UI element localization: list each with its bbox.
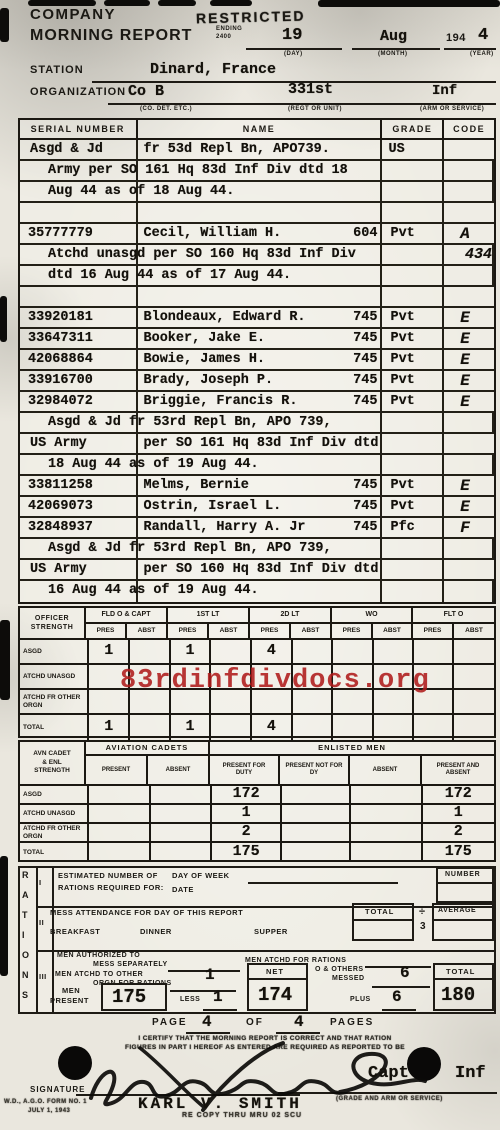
officer-subheader: ABST: [454, 624, 494, 638]
roster-cell-serial: 35777779: [20, 224, 138, 243]
company-label: COMPANY: [30, 6, 116, 23]
officer-stat-value: [333, 640, 374, 663]
roster-cell-code: [444, 266, 494, 285]
note-text-span: Aug 44 as of 18 Aug 44.: [48, 182, 234, 202]
month-value: Aug: [380, 28, 407, 45]
enlisted-stat-value: [151, 824, 212, 841]
enlisted-stat-value: [89, 786, 150, 803]
officer-stat-value: 1: [89, 640, 130, 663]
enlisted-stat-value: [282, 786, 351, 803]
officer-stat-value: [454, 715, 494, 740]
day-sub-label: (DAY): [284, 51, 303, 57]
year-sub-label: (YEAR): [470, 51, 494, 57]
roster-cell-code: [444, 560, 494, 579]
mess-separately-label: MESS SEPARATELY: [93, 961, 168, 968]
roster-row: 33647311Booker, Jake E.745PvtE: [20, 329, 494, 350]
code-value: E: [460, 329, 470, 349]
officer-group-header: 2D LT: [250, 608, 332, 622]
grade-value: Pvt: [390, 329, 414, 349]
plus-underline: [382, 1009, 416, 1011]
roster-cell-name: per SO 160 Hq 83d Inf Div dtd: [138, 560, 383, 579]
officer-stat-value: [454, 640, 494, 663]
form-id-line2: JULY 1, 1943: [28, 1108, 70, 1114]
men-present-label2: PRESENT: [50, 996, 89, 1005]
officer-group-header: FLD O & CAPT: [86, 608, 168, 622]
officer-data-row: TOTAL114: [20, 715, 494, 740]
officer-subheader: ABST: [127, 624, 168, 638]
roster-cell-code: A: [444, 224, 494, 243]
year-prefix: 194: [446, 32, 466, 44]
roster-col-header: CODE: [444, 120, 494, 138]
enlisted-stat-value: 2: [423, 824, 494, 841]
breakfast-label: BREAKFAST: [50, 927, 100, 936]
roster-col-header: NAME: [138, 120, 383, 138]
officer-stat-value: [454, 665, 494, 688]
code-value: E: [460, 308, 470, 328]
roster-cell-code: E: [444, 371, 494, 390]
roster-cell-name: Melms, Bernie745: [138, 476, 383, 495]
enlisted-group-header: AVIATION CADETS: [86, 742, 210, 754]
less-underline: [203, 1009, 237, 1011]
scan-artifact: [318, 0, 500, 7]
others-messed-label2: MESSED: [332, 975, 365, 982]
roster-cell-grade: Pvt: [382, 308, 444, 327]
enlisted-stat-value: [151, 843, 212, 862]
enlisted-stat-value: [351, 805, 422, 822]
officer-row-label: TOTAL: [20, 715, 89, 740]
rations-total-label: TOTAL: [446, 967, 475, 976]
roster-header-row: SERIAL NUMBERNAMEGRADECODE: [20, 120, 494, 140]
roster-cell-code: [444, 161, 494, 180]
men-present-value: 175: [112, 986, 146, 1008]
roster-row: 33920181Blondeaux, Edward R.745PvtE: [20, 308, 494, 329]
scan-artifact: [0, 8, 9, 42]
officer-stat-value: [211, 640, 252, 663]
enlisted-subheader: PRESENT AND ABSENT: [422, 756, 494, 784]
officer-stat-value: 1: [171, 640, 212, 663]
roster-note-row: 18 Aug 44 as of 19 Aug 44.: [20, 455, 494, 476]
less-label: LESS: [180, 996, 200, 1003]
rations-side-letter: T: [22, 910, 28, 920]
officer-stat-value: [454, 690, 494, 713]
officer-stat-value: [293, 640, 334, 663]
rations-divider: [36, 866, 38, 1014]
officer-subheader: PRES: [332, 624, 373, 638]
serial-number: 42068864: [28, 350, 93, 370]
enlisted-row-label: TOTAL: [20, 843, 89, 862]
mess-attendance-label: MESS ATTENDANCE FOR DAY OF THIS REPORT: [50, 908, 243, 917]
soldier-name: Bowie, James H.: [144, 350, 266, 370]
note-text-col1: Asgd & Jd: [30, 140, 103, 160]
enlisted-data-row: ASGD172172: [20, 786, 494, 805]
roster-cell-name: [138, 287, 383, 306]
roster-cell-serial: 33811258: [20, 476, 138, 495]
code-value: E: [460, 497, 470, 517]
enlisted-stat-value: 175: [423, 843, 494, 862]
officer-group-header: FLT O: [413, 608, 494, 622]
rations-total-value: 180: [441, 984, 475, 1006]
roster-cell-grade: Pvt: [382, 224, 444, 243]
enlisted-row-label: ATCHD FR OTHER ORGN: [20, 824, 89, 841]
soldier-name: Blondeaux, Edward R.: [144, 308, 306, 328]
org-arm-sub-label: (ARM OR SERVICE): [420, 106, 484, 112]
arm-value: Inf: [455, 1064, 486, 1083]
roster-cell-grade: [382, 413, 444, 432]
note-text-col1: US Army: [30, 434, 87, 454]
officer-title-line: STRENGTH: [31, 623, 74, 632]
scan-artifact: [0, 856, 8, 976]
enlisted-stat-value: [351, 843, 422, 862]
roster-note-row: Asgd & Jd fr 53rd Repl Bn, APO 739,: [20, 413, 494, 434]
month-underline: [352, 48, 440, 50]
average-label: AVERAGE: [438, 907, 476, 914]
roster-note-row: 16 Aug 44 as of 19 Aug 44.: [20, 581, 494, 602]
roster-cell-code: E: [444, 329, 494, 348]
pages-value: 4: [294, 1013, 304, 1031]
enlisted-data-row: ATCHD UNASGD11: [20, 805, 494, 824]
code-annotation: 434: [465, 245, 492, 265]
rations-side-letter: S: [22, 990, 29, 1000]
enlisted-strength-table: AVN CADET& ENLSTRENGTHAVIATION CADETSENL…: [18, 740, 496, 862]
morning-report-document: COMPANY RESTRICTED MORNING REPORT ENDING…: [0, 0, 500, 1130]
mos-number: 745: [353, 497, 377, 517]
rations-section-number: II: [39, 918, 44, 927]
grade-value: Pvt: [390, 224, 414, 244]
men-present-label: MEN: [62, 986, 80, 995]
enlisted-header: AVN CADET& ENLSTRENGTHAVIATION CADETSENL…: [20, 742, 494, 786]
serial-number: 32984072: [28, 392, 93, 412]
roster-cell-grade: US: [382, 140, 444, 159]
roster-cell-code: [444, 539, 494, 558]
mess-total-line: [354, 919, 412, 921]
officer-subheader: PRES: [413, 624, 454, 638]
officer-stat-value: [130, 715, 171, 740]
atchd-other-orgn-label: MEN ATCHD TO OTHER: [55, 971, 143, 978]
roster-row: 32848937Randall, Harry A. Jr745PfcF: [20, 518, 494, 539]
roster-cell-serial: 32848937: [20, 518, 138, 537]
page-value: 4: [202, 1013, 212, 1031]
roster-cell-serial: 32984072: [20, 392, 138, 411]
code-value: F: [460, 518, 470, 538]
page-underline: [186, 1032, 230, 1034]
day-value: 19: [282, 26, 302, 45]
roster-cell-code: E: [444, 392, 494, 411]
pages-label: PAGES: [330, 1017, 374, 1028]
rations-side-letter: N: [22, 970, 29, 980]
roster-cell-code: [444, 182, 494, 201]
enlisted-header-groups: AVIATION CADETSENLISTED MENPRESENTABSENT…: [86, 742, 494, 784]
serial-number: 35777779: [28, 224, 93, 244]
roster-row: 42068864Bowie, James H.745PvtE: [20, 350, 494, 371]
serial-number: 42069073: [28, 497, 93, 517]
roster-cell-code: F: [444, 518, 494, 537]
estimated-rations-label: ESTIMATED NUMBER OF: [58, 871, 158, 880]
enlisted-subheader-row: PRESENTABSENTPRESENT FOR DUTYPRESENT NOT…: [86, 756, 494, 784]
org-regt-value: 331st: [288, 81, 333, 98]
roster-cell-code: [444, 581, 494, 602]
enlisted-subheader: PRESENT FOR DUTY: [210, 756, 280, 784]
mos-number: 745: [353, 308, 377, 328]
officer-subheader: ABST: [373, 624, 413, 638]
note-text-col2: per SO 161 Hq 83d Inf Div dtd: [144, 434, 379, 454]
roster-cell-code: [444, 434, 494, 453]
enlisted-stat-value: 1: [212, 805, 281, 822]
enlisted-title-cell: AVN CADET& ENLSTRENGTH: [20, 742, 86, 784]
roster-col-header: SERIAL NUMBER: [20, 120, 138, 138]
org-unit-sub-label: (CO. DET. ETC.): [140, 106, 192, 112]
enlisted-group-row: AVIATION CADETSENLISTED MEN: [86, 742, 494, 756]
restricted-stamp: RESTRICTED: [196, 8, 306, 27]
roster-col-header: GRADE: [382, 120, 444, 138]
roster-cell-serial: US Army: [20, 434, 138, 453]
roster-cell-grade: [382, 182, 444, 201]
enlisted-stat-value: [282, 824, 351, 841]
roster-cell-name: Brady, Joseph P.745: [138, 371, 383, 390]
roster-row: 33811258Melms, Bernie745PvtE: [20, 476, 494, 497]
roster-cell-serial: 33916700: [20, 371, 138, 390]
enlisted-stat-value: [89, 805, 150, 822]
roster-cell-grade: Pvt: [382, 392, 444, 411]
code-value: E: [460, 371, 470, 391]
men-authorized-label: MEN AUTHORIZED TO: [57, 952, 140, 959]
mos-number: 604: [353, 224, 377, 244]
officer-stat-value: [333, 715, 374, 740]
enlisted-subheader: PRESENT: [86, 756, 148, 784]
divisor: 3: [420, 921, 426, 932]
net-label: NET: [266, 967, 284, 976]
ending-label: ENDING: [216, 26, 242, 32]
officer-group-header: WO: [332, 608, 413, 622]
roster-cell-grade: Pvt: [382, 329, 444, 348]
others-messed-value: 6: [400, 964, 410, 982]
soldier-name: Brady, Joseph P.: [144, 371, 274, 391]
enlisted-subheader: PRESENT NOT FOR DY: [280, 756, 350, 784]
officer-subheader: ABST: [209, 624, 250, 638]
roster-cell-grade: [382, 287, 444, 306]
recopy-note: RE COPY THRU MRU 02 SCU: [182, 1112, 302, 1119]
enlisted-stat-value: [89, 843, 150, 862]
year-value: 4: [478, 26, 488, 45]
roster-cell-serial: 33920181: [20, 308, 138, 327]
roster-cell-grade: [382, 581, 444, 602]
rations-total-line: [435, 978, 492, 980]
roster-note-row: Asgd & Jdfr 53d Repl Bn, APO739.US: [20, 140, 494, 161]
page-label: PAGE: [152, 1017, 188, 1028]
note-text-span: 18 Aug 44 as of 19 Aug 44.: [48, 455, 259, 475]
enlisted-row-label: ATCHD UNASGD: [20, 805, 89, 822]
roster-cell-serial: Asgd & Jd: [20, 140, 138, 159]
roster-cell-code: E: [444, 350, 494, 369]
enlisted-subheader: ABSENT: [350, 756, 422, 784]
mos-number: 745: [353, 392, 377, 412]
enlisted-stat-value: [351, 824, 422, 841]
serial-number: 33647311: [28, 329, 93, 349]
soldier-name: Randall, Harry A. Jr: [144, 518, 306, 538]
roster-cell-grade: [382, 539, 444, 558]
roster-note-row: Atchd unasgd per SO 160 Hq 83d Inf Div43…: [20, 245, 494, 266]
roster-cell-name: Randall, Harry A. Jr745: [138, 518, 383, 537]
serial-number: 33916700: [28, 371, 93, 391]
roster-cell-serial: US Army: [20, 560, 138, 579]
roster-cell-grade: [382, 161, 444, 180]
officer-subheader-row: PRESABSTPRESABSTPRESABSTPRESABSTPRESABST: [86, 624, 494, 638]
rations-divider: [52, 866, 54, 1014]
enlisted-title-line: STRENGTH: [34, 767, 70, 775]
enlisted-stat-value: 175: [212, 843, 281, 862]
note-text-span: Army per SO 161 Hq 83d Inf Div dtd 18: [48, 161, 348, 181]
mess-separately-underline: [168, 970, 240, 972]
roster-cell-code: E: [444, 497, 494, 516]
officer-stat-value: 1: [89, 715, 130, 740]
note-text-span: Atchd unasgd per SO 160 Hq 83d Inf Div: [48, 245, 356, 265]
roster-cell-name: Ostrin, Israel L.745: [138, 497, 383, 516]
grade-value: Pvt: [390, 308, 414, 328]
enlisted-title-line: & ENL: [42, 759, 62, 767]
enlisted-stat-value: [151, 786, 212, 803]
roster-cell-code: [444, 413, 494, 432]
roster-cell-name: per SO 161 Hq 83d Inf Div dtd: [138, 434, 383, 453]
roster-row: 35777779Cecil, William H.604PvtA: [20, 224, 494, 245]
roster-cell-serial: 42068864: [20, 350, 138, 369]
roster-cell-name: Blondeaux, Edward R.745: [138, 308, 383, 327]
year-underline: [444, 48, 496, 50]
officer-header-groups: FLD O & CAPT1ST LT2D LTWOFLT OPRESABSTPR…: [86, 608, 494, 638]
signed-name: KARL V. SMITH: [138, 1095, 302, 1113]
roster-note-row: [20, 287, 494, 308]
officer-stat-value: 1: [171, 715, 212, 740]
note-text-span: dtd 16 Aug 44 as of 17 Aug 44.: [48, 266, 291, 286]
dinner-label: DINNER: [140, 927, 172, 936]
note-text-col1: US Army: [30, 560, 87, 580]
enlisted-stat-value: 1: [423, 805, 494, 822]
enlisted-stat-value: [282, 805, 351, 822]
rations-side-letter: I: [22, 930, 25, 940]
officer-data-row: ASGD114: [20, 640, 494, 665]
mos-number: 745: [353, 371, 377, 391]
grade-value: Pvt: [390, 371, 414, 391]
roster-cell-serial: 33647311: [20, 329, 138, 348]
enlisted-stat-value: [351, 786, 422, 803]
code-value: E: [460, 476, 470, 496]
signature-label: SIGNATURE: [30, 1085, 86, 1094]
atchd-other-orgn-value: 1: [205, 966, 215, 984]
enlisted-group-header: ENLISTED MEN: [210, 742, 494, 754]
grade-value: Capt: [368, 1064, 409, 1083]
roster-cell-grade: [382, 560, 444, 579]
enlisted-title-line: AVN CADET: [33, 750, 70, 758]
ending-time: 2400: [216, 34, 231, 40]
roster-cell-grade: [382, 434, 444, 453]
scan-artifact: [0, 296, 7, 342]
mos-number: 745: [353, 350, 377, 370]
enlisted-row-label: ASGD: [20, 786, 89, 803]
note-text-col2: fr 53d Repl Bn, APO739.: [144, 140, 330, 160]
men-atchd-rations-underline: [365, 966, 431, 968]
roster-note-row: [20, 203, 494, 224]
org-arm-value: Inf: [432, 83, 457, 99]
pages-underline: [276, 1032, 320, 1034]
roster-table: SERIAL NUMBERNAMEGRADECODEAsgd & Jdfr 53…: [18, 118, 496, 604]
roster-row: 33916700Brady, Joseph P.745PvtE: [20, 371, 494, 392]
less-value: 1: [213, 988, 223, 1006]
officer-title-line: OFFICER: [35, 614, 69, 623]
roster-cell-name: fr 53d Repl Bn, APO739.: [138, 140, 383, 159]
number-box-label: NUMBER: [445, 871, 481, 878]
day-of-week-underline: [248, 882, 398, 884]
officer-stat-value: [374, 640, 414, 663]
officer-group-header: 1ST LT: [168, 608, 250, 622]
enlisted-data-row: TOTAL175175: [20, 843, 494, 862]
roster-cell-name: Cecil, William H.604: [138, 224, 383, 243]
roster-cell-name: Booker, Jake E.745: [138, 329, 383, 348]
scan-artifact: [0, 620, 10, 700]
note-text-span: Asgd & Jd fr 53rd Repl Bn, APO 739,: [48, 539, 332, 559]
mos-number: 745: [353, 329, 377, 349]
roster-cell-name: [138, 203, 383, 222]
enlisted-stat-value: [282, 843, 351, 862]
note-text-span: Asgd & Jd fr 53rd Repl Bn, APO 739,: [48, 413, 332, 433]
roster-cell-grade: Pvt: [382, 476, 444, 495]
officer-stat-value: 4: [252, 640, 293, 663]
soldier-name: Melms, Bernie: [144, 476, 249, 496]
grade-value: US: [388, 140, 404, 160]
roster-cell-code: E: [444, 308, 494, 327]
code-value: A: [460, 224, 470, 244]
enlisted-stat-value: 172: [212, 786, 281, 803]
officer-header: OFFICERSTRENGTHFLD O & CAPT1ST LT2D LTWO…: [20, 608, 494, 640]
net-line: [249, 978, 306, 980]
average-line: [434, 919, 492, 921]
roster-note-row: dtd 16 Aug 44 as of 17 Aug 44.: [20, 266, 494, 287]
scan-artifact: [210, 0, 252, 6]
rations-section-number: I: [39, 878, 42, 887]
note-text-span: 16 Aug 44 as of 19 Aug 44.: [48, 581, 259, 601]
roster-note-row: Aug 44 as of 18 Aug 44.: [20, 182, 494, 203]
officer-stat-value: [211, 715, 252, 740]
grade-value: Pvt: [390, 392, 414, 412]
soldier-name: Ostrin, Israel L.: [144, 497, 282, 517]
officer-stat-value: 4: [252, 715, 293, 740]
officer-subheader: PRES: [86, 624, 127, 638]
roster-cell-grade: [382, 203, 444, 222]
roster-note-row: US Armyper SO 160 Hq 83d Inf Div dtd: [20, 560, 494, 581]
officer-subheader: ABST: [291, 624, 332, 638]
supper-label: SUPPER: [254, 927, 288, 936]
grade-value: Pvt: [390, 350, 414, 370]
roster-cell-serial: 42069073: [20, 497, 138, 516]
scan-artifact: [158, 0, 196, 6]
mess-total-label: TOTAL: [365, 907, 394, 916]
roster-cell-code: E: [444, 476, 494, 495]
officer-stat-value: [414, 715, 455, 740]
divide-sign: ÷: [419, 906, 426, 918]
roster-cell-name: Briggie, Francis R.745: [138, 392, 383, 411]
roster-cell-name: Bowie, James H.745: [138, 350, 383, 369]
rations-section-number: III: [39, 972, 47, 981]
of-label: OF: [246, 1017, 264, 1028]
rations-side-letter: R: [22, 870, 29, 880]
org-unit-value: Co B: [128, 83, 164, 100]
enlisted-stat-value: 172: [423, 786, 494, 803]
net-value: 174: [258, 984, 292, 1006]
note-text-col2: per SO 160 Hq 83d Inf Div dtd: [144, 560, 379, 580]
officer-stat-value: [130, 640, 171, 663]
report-title: MORNING REPORT: [30, 27, 192, 45]
roster-cell-serial: [20, 287, 138, 306]
officer-subheader: PRES: [250, 624, 291, 638]
soldier-name: Booker, Jake E.: [144, 329, 266, 349]
soldier-name: Cecil, William H.: [144, 224, 282, 244]
